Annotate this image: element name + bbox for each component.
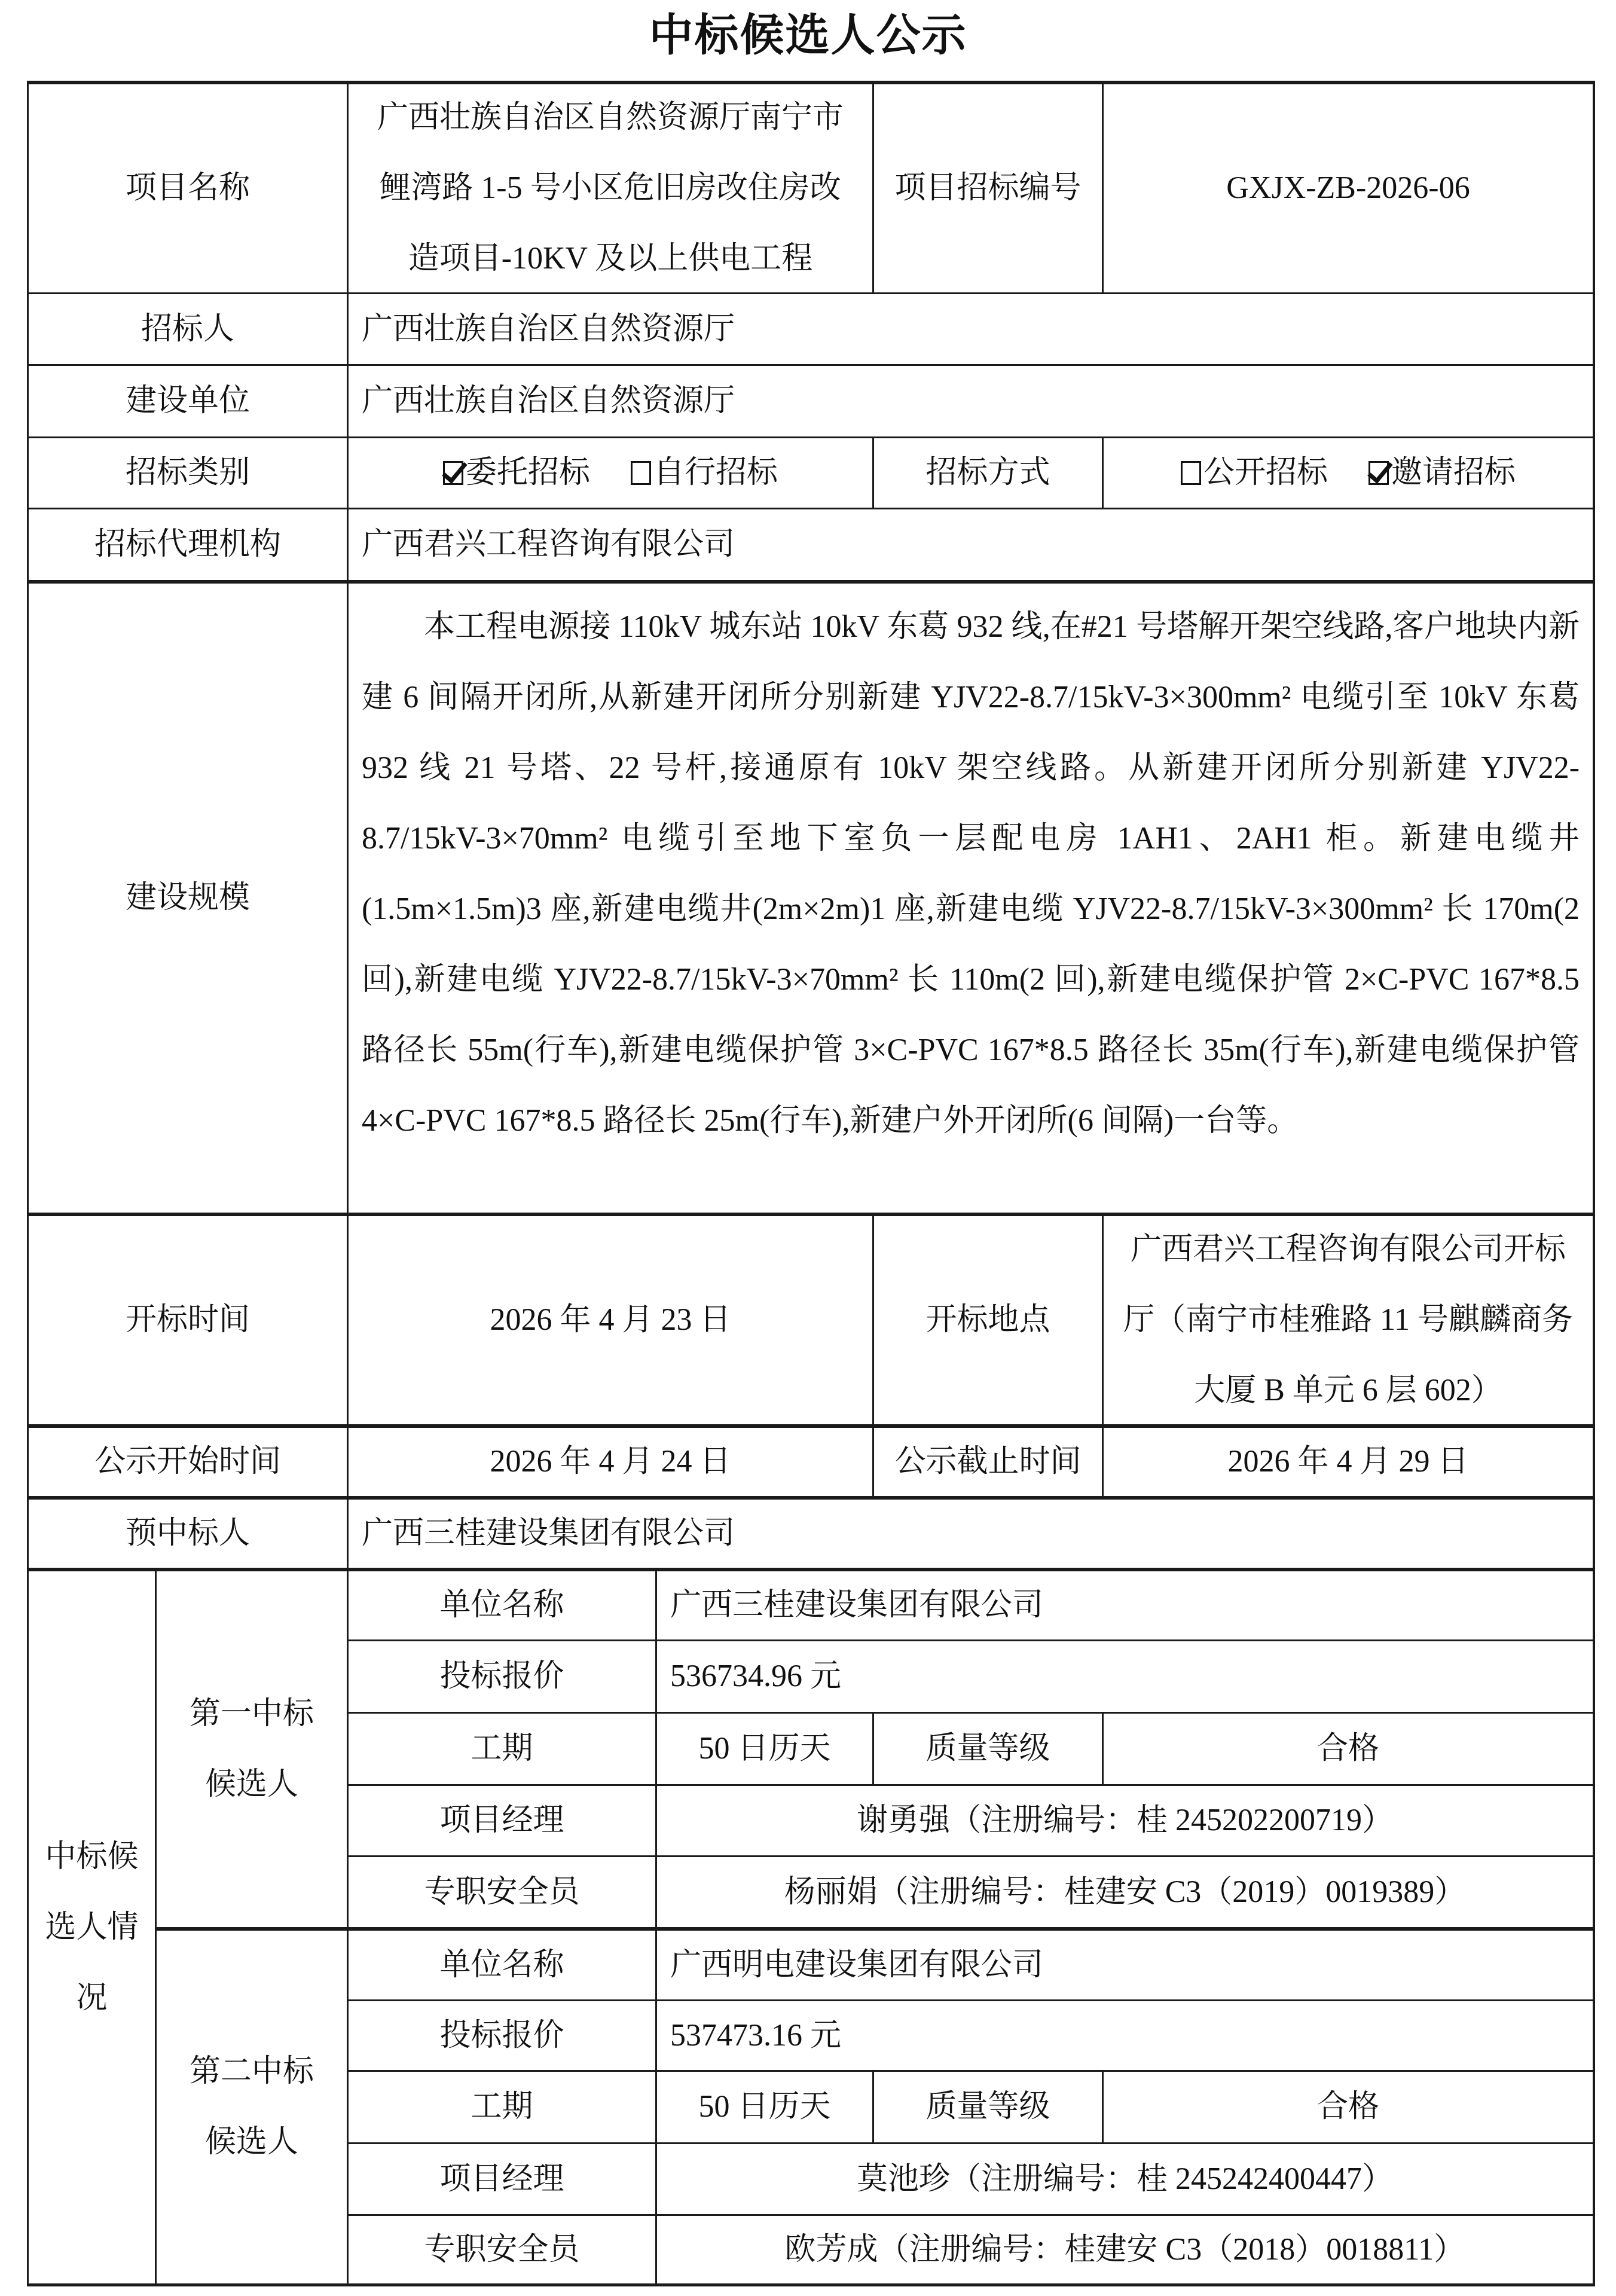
opening-time-value-cell: 2026 年 4 月 23 日 xyxy=(347,1213,872,1424)
builder-label-cell: 建设单位 xyxy=(27,364,347,436)
publicity-start-label-cell: 公示开始时间 xyxy=(27,1424,347,1496)
candidate-1-company-label-cell: 单位名称 xyxy=(347,1568,655,1639)
option-invited[interactable]: 邀请招标 xyxy=(1368,438,1516,508)
opening-place-value-cell: 广西君兴工程咨询有限公司开标 厅（南宁市桂雅路 11 号麒麟商务 大厦 B 单元… xyxy=(1102,1213,1595,1424)
option-public-label: 公开招标 xyxy=(1203,438,1328,508)
pre-winner-value-cell: 广西三桂建设集团有限公司 xyxy=(347,1496,1595,1568)
agent-value-cell: 广西君兴工程咨询有限公司 xyxy=(347,508,1595,580)
agent-label: 招标代理机构 xyxy=(94,509,281,580)
publicity-start-label: 公示开始时间 xyxy=(94,1427,281,1497)
project-name-label: 项目名称 xyxy=(126,153,250,224)
category-options-cell: 委托招标 自行招标 xyxy=(347,436,872,508)
opening-time-label: 开标时间 xyxy=(126,1285,250,1355)
candidate-2-company-label: 单位名称 xyxy=(439,1930,564,2001)
builder-label: 建设单位 xyxy=(126,366,250,436)
candidate-2-safety-value: 欧芳成（注册编号：桂建安 C3（2018）0018811） xyxy=(785,2215,1465,2285)
pre-winner-label: 预中标人 xyxy=(126,1498,250,1569)
candidate-1-company-value: 广西三桂建设集团有限公司 xyxy=(670,1570,1043,1641)
page-title: 中标候选人公示 xyxy=(0,8,1616,62)
option-self-label: 自行招标 xyxy=(653,438,778,508)
candidate-2-price-value: 537473.16 元 xyxy=(670,2001,841,2071)
project-name-line-1: 广西壮族自治区自然资源厅南宁市 xyxy=(359,83,862,153)
publicity-start-value: 2026 年 4 月 24 日 xyxy=(490,1427,731,1497)
candidate-2-quality-label: 质量等级 xyxy=(925,2072,1050,2142)
publicity-end-label: 公示截止时间 xyxy=(894,1427,1081,1497)
candidate-1-price-value: 536734.96 元 xyxy=(670,1641,841,1712)
candidate-1-quality-label: 质量等级 xyxy=(925,1714,1050,1784)
candidates-section-label-cell: 中标候 选人情 况 xyxy=(27,1568,155,2286)
checkbox-empty-icon[interactable] xyxy=(1181,461,1201,485)
candidate-1-quality-value: 合格 xyxy=(1317,1714,1379,1784)
candidate-2-duration-value-cell: 50 日历天 xyxy=(655,2070,872,2142)
opening-place-label: 开标地点 xyxy=(925,1285,1050,1355)
candidate-2-quality-value-cell: 合格 xyxy=(1102,2070,1595,2142)
method-label-cell: 招标方式 xyxy=(872,436,1102,508)
candidate-1-company-value-cell: 广西三桂建设集团有限公司 xyxy=(655,1568,1595,1639)
scale-label-cell: 建设规模 xyxy=(27,580,347,1213)
candidate-2-duration-label-cell: 工期 xyxy=(347,2070,655,2142)
project-code-value: GXJX-ZB-2026-06 xyxy=(1226,153,1470,224)
candidate-1-safety-label-cell: 专职安全员 xyxy=(347,1855,655,1927)
candidate-1-price-value-cell: 536734.96 元 xyxy=(655,1639,1595,1712)
candidate-1-rank-line-2: 候选人 xyxy=(205,1750,298,1820)
project-name-label-cell: 项目名称 xyxy=(27,81,347,292)
method-options-cell: 公开招标 邀请招标 xyxy=(1102,436,1595,508)
candidate-2-company-value-cell: 广西明电建设集团有限公司 xyxy=(655,1927,1595,1999)
option-entrusted[interactable]: 委托招标 xyxy=(443,438,590,508)
candidate-1-duration-label: 工期 xyxy=(471,1714,533,1784)
pre-winner-label-cell: 预中标人 xyxy=(27,1496,347,1568)
publicity-end-value-cell: 2026 年 4 月 29 日 xyxy=(1102,1424,1595,1496)
candidate-2-safety-label-cell: 专职安全员 xyxy=(347,2214,655,2286)
agent-label-cell: 招标代理机构 xyxy=(27,508,347,580)
project-name-value-cell: 广西壮族自治区自然资源厅南宁市 鲤湾路 1-5 号小区危旧房改住房改 造项目-1… xyxy=(347,81,872,292)
pre-winner-value: 广西三桂建设集团有限公司 xyxy=(362,1498,735,1569)
opening-place-line-2: 厅（南宁市桂雅路 11 号麒麟商务 xyxy=(1123,1285,1573,1355)
bidder-label-cell: 招标人 xyxy=(27,292,347,364)
scale-value-cell: 本工程电源接 110kV 城东站 10kV 东葛 932 线,在#21 号塔解开… xyxy=(347,580,1595,1213)
candidate-2-price-label: 投标报价 xyxy=(439,2001,564,2071)
method-label: 招标方式 xyxy=(925,438,1050,508)
candidate-1-quality-value-cell: 合格 xyxy=(1102,1712,1595,1784)
candidate-1-manager-value-cell: 谢勇强（注册编号：桂 245202200719） xyxy=(655,1784,1595,1855)
candidates-label-line-1: 中标候 xyxy=(45,1822,138,1892)
builder-value-cell: 广西壮族自治区自然资源厅 xyxy=(347,364,1595,436)
project-code-value-cell: GXJX-ZB-2026-06 xyxy=(1102,81,1595,292)
candidate-2-safety-value-cell: 欧芳成（注册编号：桂建安 C3（2018）0018811） xyxy=(655,2214,1595,2286)
candidates-label-line-3: 况 xyxy=(76,1963,107,2034)
builder-value: 广西壮族自治区自然资源厅 xyxy=(362,366,735,436)
opening-time-label-cell: 开标时间 xyxy=(27,1213,347,1424)
candidate-1-safety-label: 专职安全员 xyxy=(424,1857,579,1928)
checkbox-checked-icon[interactable] xyxy=(1368,461,1389,485)
candidate-2-manager-label: 项目经理 xyxy=(439,2144,564,2215)
opening-time-value: 2026 年 4 月 23 日 xyxy=(490,1285,731,1355)
opening-place-label-cell: 开标地点 xyxy=(872,1213,1102,1424)
agent-value: 广西君兴工程咨询有限公司 xyxy=(362,509,735,580)
candidate-2-safety-label: 专职安全员 xyxy=(424,2215,579,2285)
candidate-2-rank-cell: 第二中标 候选人 xyxy=(155,1927,347,2286)
candidate-2-price-value-cell: 537473.16 元 xyxy=(655,1999,1595,2070)
candidate-1-rank-line-1: 第一中标 xyxy=(190,1679,314,1750)
candidate-1-price-label: 投标报价 xyxy=(439,1641,564,1712)
bidder-label: 招标人 xyxy=(141,294,234,365)
candidate-2-price-label-cell: 投标报价 xyxy=(347,1999,655,2070)
project-name-line-2: 鲤湾路 1-5 号小区危旧房改住房改 xyxy=(359,153,862,224)
category-label: 招标类别 xyxy=(126,438,250,508)
option-invited-label: 邀请招标 xyxy=(1391,438,1516,508)
candidate-1-company-label: 单位名称 xyxy=(439,1570,564,1641)
candidate-2-company-label-cell: 单位名称 xyxy=(347,1927,655,1999)
candidate-1-manager-label: 项目经理 xyxy=(439,1785,564,1856)
scale-label: 建设规模 xyxy=(126,863,250,933)
option-self[interactable]: 自行招标 xyxy=(631,438,778,508)
checkbox-empty-icon[interactable] xyxy=(631,461,651,485)
publicity-start-value-cell: 2026 年 4 月 24 日 xyxy=(347,1424,872,1496)
opening-place-line-1: 广西君兴工程咨询有限公司开标 xyxy=(1123,1214,1573,1285)
candidate-2-manager-value-cell: 莫池珍（注册编号：桂 245242400447） xyxy=(655,2142,1595,2214)
candidate-1-price-label-cell: 投标报价 xyxy=(347,1639,655,1712)
candidate-2-duration-label: 工期 xyxy=(471,2072,533,2142)
publicity-end-value: 2026 年 4 月 29 日 xyxy=(1227,1427,1468,1497)
candidate-2-duration-value: 50 日历天 xyxy=(698,2072,830,2142)
candidate-1-duration-value-cell: 50 日历天 xyxy=(655,1712,872,1784)
candidates-label-line-2: 选人情 xyxy=(45,1892,138,1963)
candidate-1-safety-value-cell: 杨丽娟（注册编号：桂建安 C3（2019）0019389） xyxy=(655,1855,1595,1927)
category-label-cell: 招标类别 xyxy=(27,436,347,508)
project-code-label: 项目招标编号 xyxy=(894,153,1081,224)
project-name-line-3: 造项目-10KV 及以上供电工程 xyxy=(359,224,862,294)
candidate-1-safety-value: 杨丽娟（注册编号：桂建安 C3（2019）0019389） xyxy=(784,1857,1466,1928)
candidate-1-manager-value: 谢勇强（注册编号：桂 245202200719） xyxy=(857,1785,1393,1856)
scale-description: 本工程电源接 110kV 城东站 10kV 东葛 932 线,在#21 号塔解开… xyxy=(349,584,1593,1156)
candidate-1-quality-label-cell: 质量等级 xyxy=(872,1712,1102,1784)
candidate-1-rank-cell: 第一中标 候选人 xyxy=(155,1568,347,1927)
opening-place-line-3: 大厦 B 单元 6 层 602） xyxy=(1123,1355,1573,1426)
bidder-value-cell: 广西壮族自治区自然资源厅 xyxy=(347,292,1595,364)
publicity-end-label-cell: 公示截止时间 xyxy=(872,1424,1102,1496)
candidate-2-rank-line-2: 候选人 xyxy=(205,2107,298,2178)
bidder-value: 广西壮族自治区自然资源厅 xyxy=(362,294,735,365)
option-entrusted-label: 委托招标 xyxy=(466,438,590,508)
option-public[interactable]: 公开招标 xyxy=(1181,438,1328,508)
candidate-2-company-value: 广西明电建设集团有限公司 xyxy=(670,1930,1043,2001)
candidate-1-duration-label-cell: 工期 xyxy=(347,1712,655,1784)
checkbox-checked-icon[interactable] xyxy=(443,461,463,485)
candidate-1-manager-label-cell: 项目经理 xyxy=(347,1784,655,1855)
candidate-2-manager-value: 莫池珍（注册编号：桂 245242400447） xyxy=(857,2144,1393,2215)
candidate-2-quality-value: 合格 xyxy=(1317,2072,1379,2142)
candidate-2-rank-line-1: 第二中标 xyxy=(190,2037,314,2107)
candidate-2-manager-label-cell: 项目经理 xyxy=(347,2142,655,2214)
project-code-label-cell: 项目招标编号 xyxy=(872,81,1102,292)
candidate-2-quality-label-cell: 质量等级 xyxy=(872,2070,1102,2142)
candidate-1-duration-value: 50 日历天 xyxy=(698,1714,830,1784)
